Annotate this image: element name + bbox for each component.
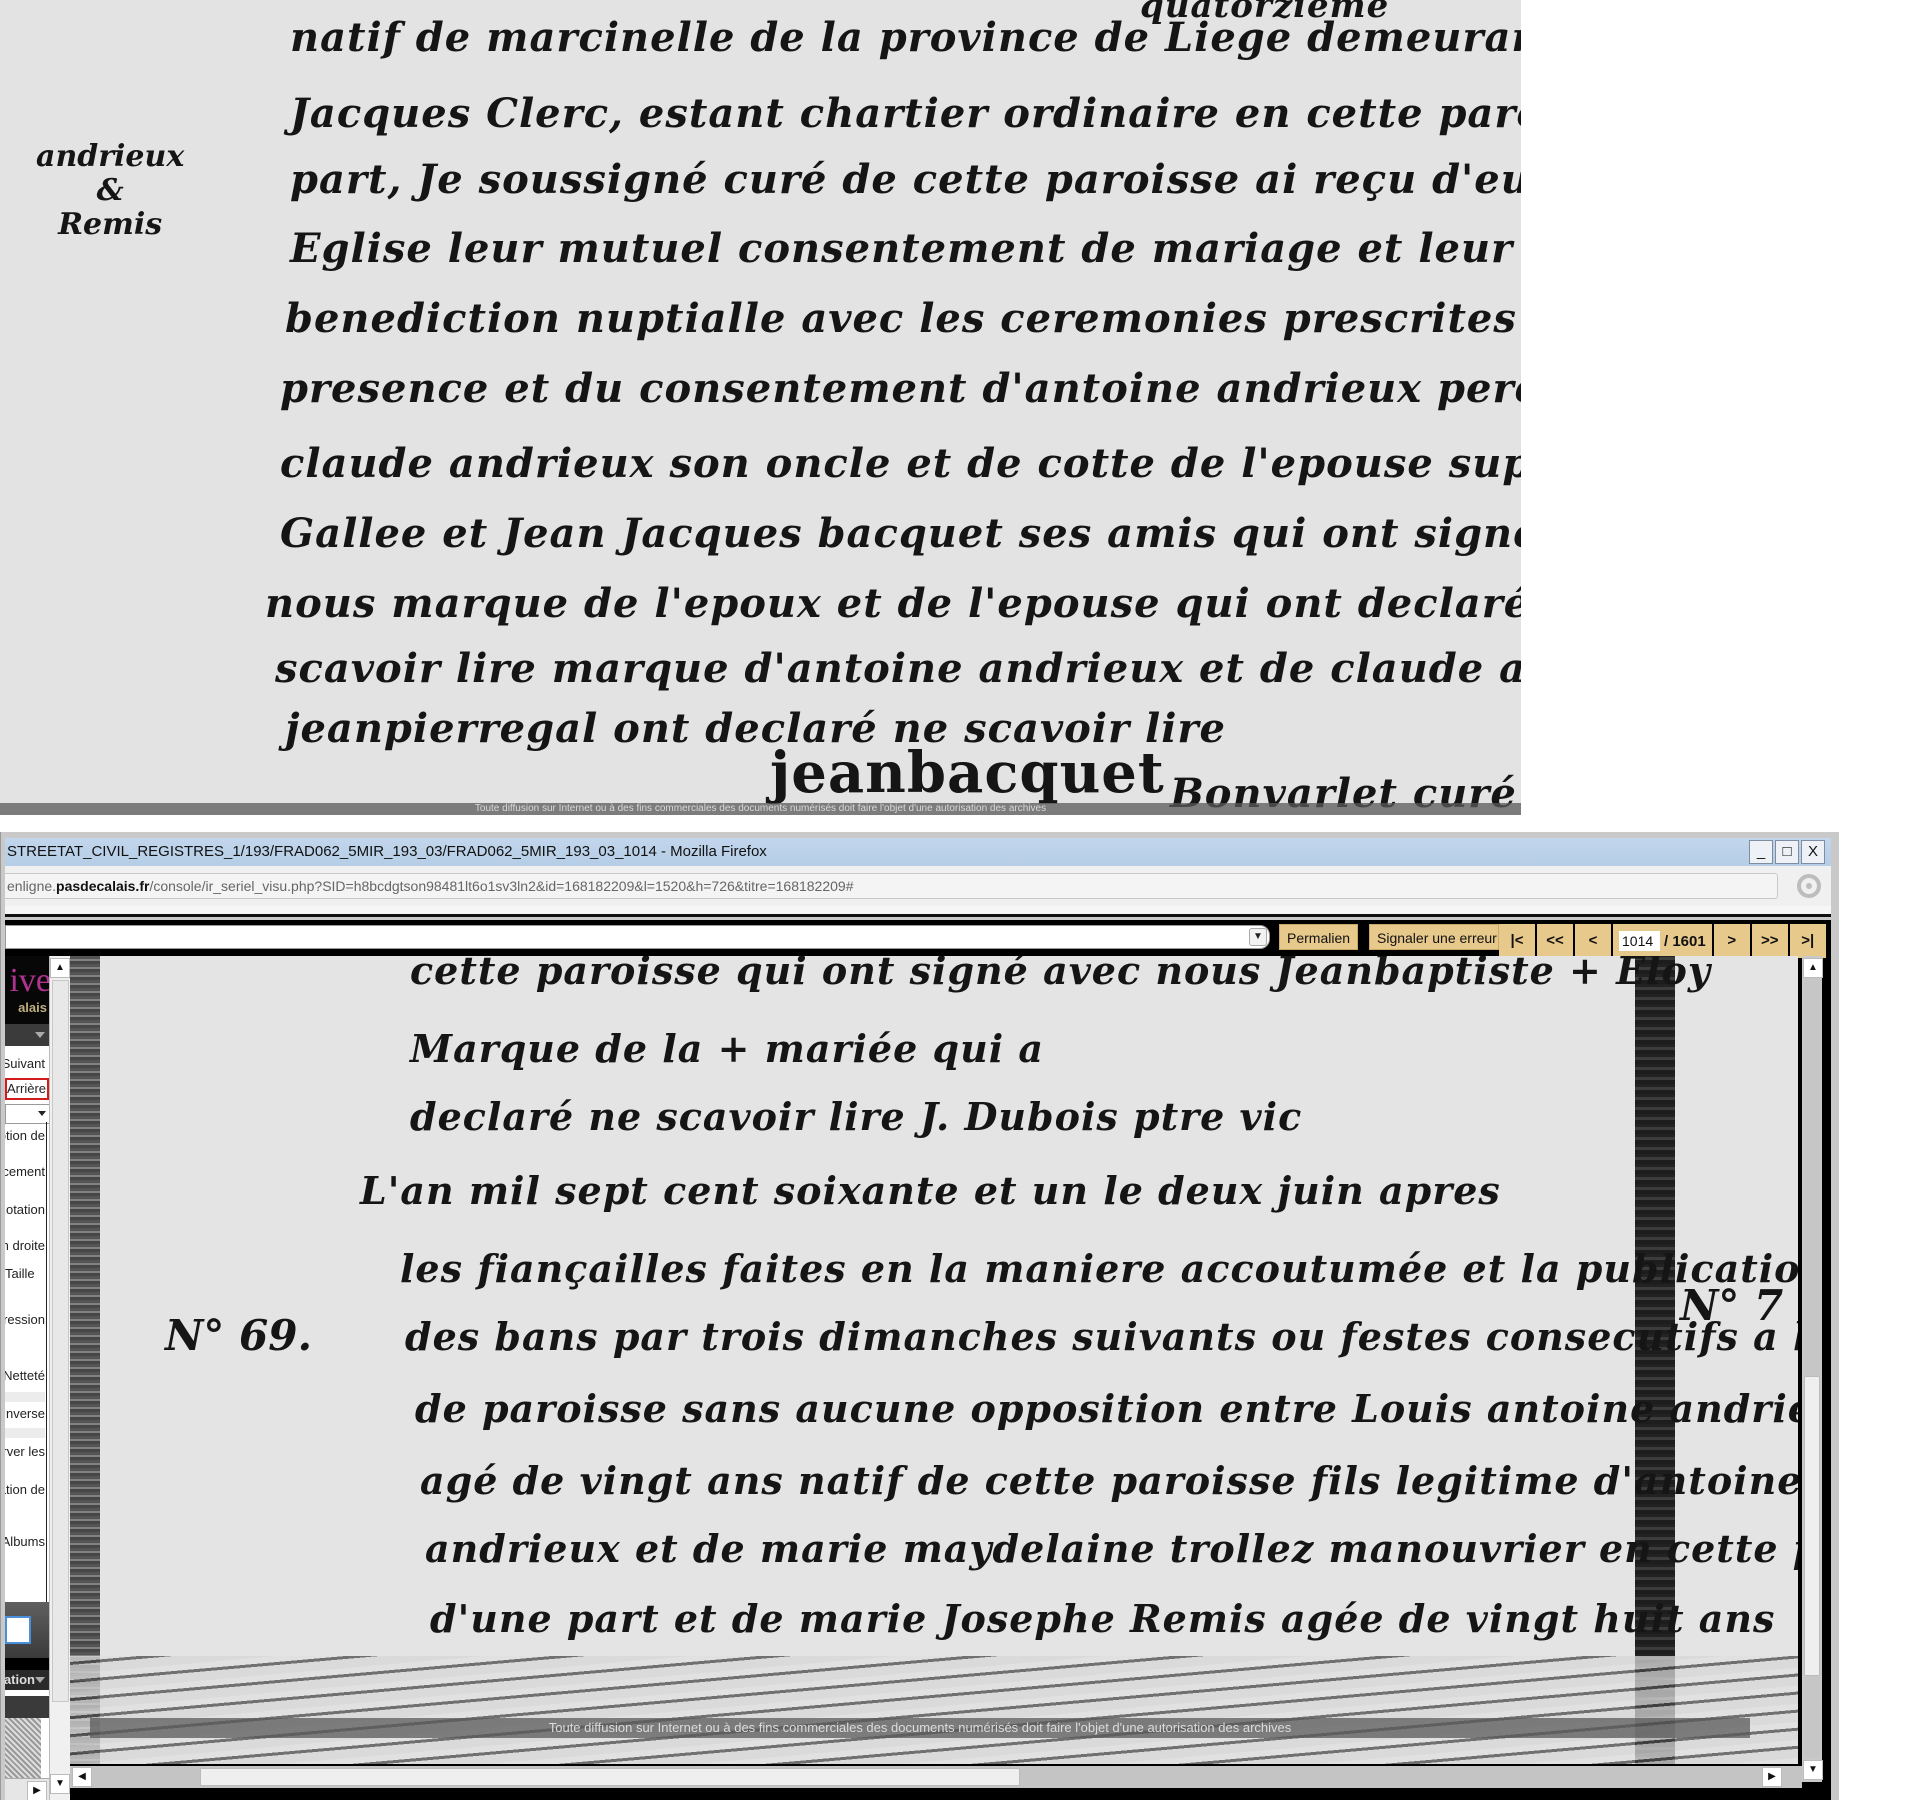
manuscript-line: declaré ne scavoir lire J. Dubois ptre v… xyxy=(410,1094,1302,1139)
chevron-down-icon xyxy=(38,1111,46,1116)
sidebar-section-label: Navigation xyxy=(5,1670,35,1690)
sidebar-item[interactable]: Option de xyxy=(5,1128,45,1143)
page-thumbnail[interactable] xyxy=(5,1718,41,1778)
manuscript-line: d'une part et de marie Josephe Remis agé… xyxy=(430,1596,1775,1641)
watermark: Toute diffusion sur Internet ou à des fi… xyxy=(90,1718,1750,1738)
document-image-viewport[interactable]: N° 69. N° 7 cette paroisse qui ont signé… xyxy=(70,956,1798,1764)
manuscript-line: Jacques Clerc, estant chartier ordinaire… xyxy=(290,90,1521,137)
manuscript-line: les fiançailles faites en la maniere acc… xyxy=(400,1246,1798,1291)
sidebar-tool-list: Option de Déplacement Rotation Rotation … xyxy=(5,1122,47,1602)
scrollbar-thumb[interactable] xyxy=(1804,1376,1820,1676)
scrollbar-thumb[interactable] xyxy=(200,1768,1020,1786)
document-select[interactable]: ▼ xyxy=(5,925,1270,949)
sidebar-item-arriere[interactable]: Arrière xyxy=(5,1078,49,1100)
toolbar-separator xyxy=(5,906,1831,917)
sidebar-spacer xyxy=(5,1696,49,1718)
sidebar-item[interactable]: Déplacement xyxy=(5,1164,45,1179)
manuscript-line: des bans par trois dimanches suivants ou… xyxy=(405,1314,1798,1359)
manuscript-line: claude andrieux son oncle et de cotte de… xyxy=(280,440,1521,487)
logo-subtext: alais xyxy=(18,1000,47,1015)
sidebar-item[interactable]: Configuration de xyxy=(5,1482,45,1497)
jump-forward-button[interactable]: >> xyxy=(1752,924,1788,958)
logo-text: ive xyxy=(9,962,49,1000)
manuscript-line: Marque de la + mariée qui a xyxy=(410,1026,1044,1071)
sidebar-item[interactable]: Conserver les xyxy=(5,1444,45,1459)
margin-note-line: & xyxy=(36,174,184,208)
firefox-window: STREETAT_CIVIL_REGISTRES_1/193/FRAD062_5… xyxy=(0,832,1839,1800)
sidebar-section-navigation[interactable]: Navigation xyxy=(5,1670,49,1690)
sidebar-item-label: Impression xyxy=(5,1312,45,1327)
page-indicator: 1014 / 1601 xyxy=(1613,924,1712,958)
close-button[interactable]: X xyxy=(1801,840,1825,864)
scrollbar-thumb[interactable] xyxy=(52,980,69,1702)
scroll-up-arrow-icon[interactable]: ▲ xyxy=(50,958,70,978)
page-icon[interactable] xyxy=(5,1616,31,1644)
manuscript-line: nous marque de l'epoux et de l'epouse qu… xyxy=(265,580,1521,627)
sidebar-item-label: Taille xyxy=(5,1266,35,1281)
reload-icon[interactable] xyxy=(1797,874,1821,898)
sidebar-item[interactable]: Taille xyxy=(5,1266,45,1281)
sidebar-footer xyxy=(5,1602,49,1658)
manuscript-line: andrieux et de marie maydelaine trollez … xyxy=(425,1526,1798,1571)
chevron-down-icon xyxy=(35,1032,45,1038)
manuscript-line: Gallee et Jean Jacques bacquet ses amis … xyxy=(280,510,1521,557)
sidebar-item-label: Configuration de xyxy=(5,1482,45,1497)
page-gutter xyxy=(1635,956,1675,1764)
manuscript-line: benediction nuptialle avec les ceremonie… xyxy=(285,295,1521,342)
margin-note-line: Remis xyxy=(36,208,184,242)
sidebar-item-label: Conserver les xyxy=(5,1444,45,1459)
document-horizontal-scrollbar[interactable]: ◀ ▶ xyxy=(70,1766,1802,1788)
sidebar-item-label: Déplacement xyxy=(5,1164,45,1179)
scroll-down-arrow-icon[interactable]: ▼ xyxy=(1803,1760,1823,1780)
manuscript-line: part, Je soussigné curé de cette paroiss… xyxy=(290,156,1521,203)
scroll-down-arrow-icon[interactable]: ▼ xyxy=(50,1774,70,1794)
page-navigation: |< << < 1014 / 1601 > >> >| xyxy=(1499,924,1826,958)
manuscript-line: Eglise leur mutuel consentement de maria… xyxy=(290,225,1521,272)
upper-manuscript-image: andrieux & Remis quatorzieme natif de ma… xyxy=(0,0,1521,815)
chevron-down-icon[interactable]: ▼ xyxy=(1249,928,1267,946)
jump-back-button[interactable]: << xyxy=(1537,924,1573,958)
scroll-left-arrow-icon[interactable]: ◀ xyxy=(72,1767,92,1787)
manuscript-line: L'an mil sept cent soixante et un le deu… xyxy=(360,1168,1501,1213)
page-total: / 1601 xyxy=(1664,933,1706,950)
sidebar-item-label: Inverse xyxy=(5,1406,45,1421)
permalien-button[interactable]: Permalien xyxy=(1279,924,1358,950)
sidebar-item[interactable]: Rotation droite xyxy=(5,1238,45,1253)
manuscript-line: natif de marcinelle de la province de Li… xyxy=(290,14,1521,61)
page-number-input[interactable]: 1014 xyxy=(1619,931,1660,951)
first-page-button[interactable]: |< xyxy=(1499,924,1535,958)
scroll-right-arrow-icon[interactable]: ▶ xyxy=(27,1781,47,1800)
title-bar[interactable]: STREETAT_CIVIL_REGISTRES_1/193/FRAD062_5… xyxy=(5,838,1831,866)
previous-page-button[interactable]: < xyxy=(1575,924,1611,958)
sidebar-item[interactable]: Impression xyxy=(5,1312,45,1327)
chevron-down-icon xyxy=(35,1677,45,1683)
sidebar-divider xyxy=(5,1428,45,1438)
sidebar-item[interactable]: Inverse xyxy=(5,1406,45,1421)
navigation-bar: enligne.pasdecalais.fr/console/ir_seriel… xyxy=(5,866,1831,906)
sidebar-item-label: Rotation xyxy=(5,1202,45,1217)
viewer-toolbar: ▼ Permalien Signaler une erreur |< << < … xyxy=(5,920,1831,956)
sidebar-item-suivant[interactable]: Suivant xyxy=(5,1056,45,1071)
sidebar-item[interactable]: Netteté xyxy=(5,1368,45,1383)
entry-number: N° 69. xyxy=(165,1311,312,1360)
margin-note: andrieux & Remis xyxy=(36,140,184,242)
margin-note-line: andrieux xyxy=(36,140,184,174)
last-page-button[interactable]: >| xyxy=(1790,924,1826,958)
window-controls: _ □ X xyxy=(1749,840,1825,864)
url-bar[interactable]: enligne.pasdecalais.fr/console/ir_seriel… xyxy=(5,873,1778,899)
document-vertical-scrollbar[interactable]: ▲ ▼ xyxy=(1802,956,1822,1782)
archive-viewer: ▼ Permalien Signaler une erreur |< << < … xyxy=(5,920,1831,1800)
minimize-button[interactable]: _ xyxy=(1749,840,1773,864)
sidebar-spacer xyxy=(5,1658,49,1670)
sidebar-item-label: Suivant xyxy=(5,1056,45,1071)
next-page-button[interactable]: > xyxy=(1714,924,1750,958)
sidebar-item-label: Netteté xyxy=(5,1368,45,1383)
watermark: Toute diffusion sur Internet ou à des fi… xyxy=(0,803,1521,815)
report-error-button[interactable]: Signaler une erreur xyxy=(1369,924,1499,950)
manuscript-line: cette paroisse qui ont signé avec nous J… xyxy=(410,956,1711,993)
sidebar-menu-header[interactable] xyxy=(5,1024,49,1046)
tools-sidebar: ive alais Suivant Arrière Option de Dépl… xyxy=(5,956,49,1800)
scroll-up-arrow-icon[interactable]: ▲ xyxy=(1803,958,1823,978)
window-title: STREETAT_CIVIL_REGISTRES_1/193/FRAD062_5… xyxy=(7,843,767,860)
sidebar-item-label: Albums xyxy=(5,1534,45,1549)
page-bottom-edge xyxy=(70,1656,1798,1764)
page-edge xyxy=(70,956,100,1764)
sidebar-select[interactable] xyxy=(5,1104,49,1124)
scroll-right-arrow-icon[interactable]: ▶ xyxy=(1762,1767,1782,1787)
manuscript-line: agé de vingt ans natif de cette paroisse… xyxy=(420,1458,1798,1503)
url-path: /console/ir_seriel_visu.php?SID=h8bcdgts… xyxy=(149,878,853,894)
manuscript-line: de paroisse sans aucune opposition entre… xyxy=(415,1386,1798,1431)
sidebar-item-label: Arrière xyxy=(7,1081,46,1096)
url-prefix: enligne. xyxy=(7,878,56,894)
sidebar-vertical-scrollbar[interactable]: ▲ ▼ xyxy=(49,956,70,1800)
sidebar-item-label: Rotation droite xyxy=(5,1238,45,1253)
sidebar-item[interactable]: Rotation xyxy=(5,1202,45,1217)
url-domain: pasdecalais.fr xyxy=(56,878,149,894)
sidebar-divider xyxy=(5,1392,45,1402)
manuscript-line: scavoir lire marque d'antoine andrieux e… xyxy=(275,645,1521,692)
sidebar-item[interactable]: Albums xyxy=(5,1534,45,1549)
sidebar-horizontal-scrollbar[interactable]: ▶ xyxy=(5,1778,49,1800)
manuscript-line: presence et du consentement d'antoine an… xyxy=(280,365,1521,412)
signature: jeanbacquet xyxy=(770,740,1165,806)
maximize-button[interactable]: □ xyxy=(1775,840,1799,864)
sidebar-item-label: Option de xyxy=(5,1128,45,1143)
archives-logo: ive alais xyxy=(5,956,49,1024)
